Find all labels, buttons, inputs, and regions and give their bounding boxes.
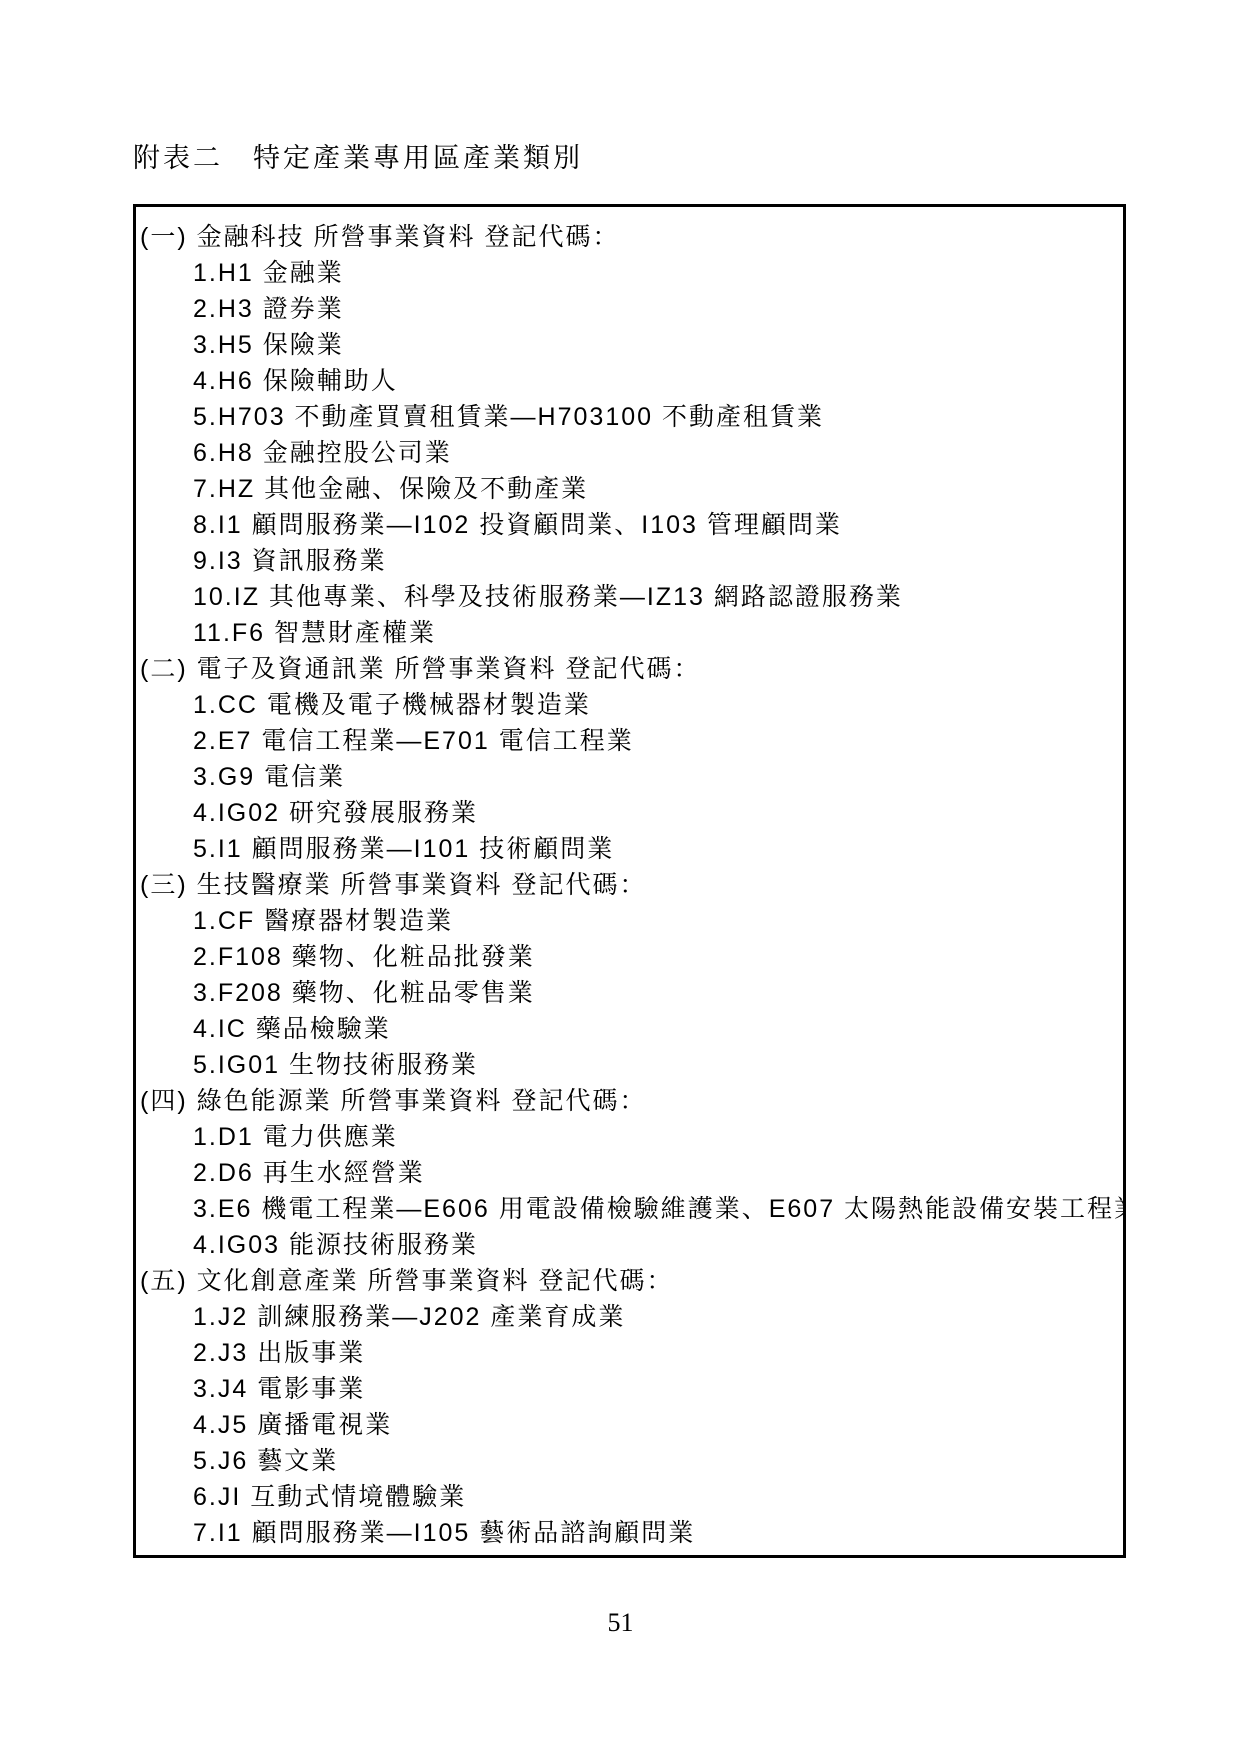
industry-item: 2.D6 再生水經營業 xyxy=(140,1155,1119,1191)
industry-item: 8.I1 顧問服務業—I102 投資顧問業、I103 管理顧問業 xyxy=(140,507,1119,543)
industry-item: 1.D1 電力供應業 xyxy=(140,1119,1119,1155)
industry-item: 2.F108 藥物、化粧品批發業 xyxy=(140,939,1119,975)
section-heading: (四) 綠色能源業 所營事業資料 登記代碼： xyxy=(140,1083,1119,1119)
industry-item: 3.G9 電信業 xyxy=(140,759,1119,795)
industry-item: 5.IG01 生物技術服務業 xyxy=(140,1047,1119,1083)
section-heading: (五) 文化創意產業 所營事業資料 登記代碼： xyxy=(140,1263,1119,1299)
industry-item: 2.E7 電信工程業—E701 電信工程業 xyxy=(140,723,1119,759)
industry-item: 7.HZ 其他金融、保險及不動產業 xyxy=(140,471,1119,507)
industry-item: 5.J6 藝文業 xyxy=(140,1443,1119,1479)
section-heading: (三) 生技醫療業 所營事業資料 登記代碼： xyxy=(140,867,1119,903)
industry-item: 3.E6 機電工程業—E606 用電設備檢驗維護業、E607 太陽熱能設備安裝工… xyxy=(140,1191,1119,1227)
industry-item: 6.JI 互動式情境體驗業 xyxy=(140,1479,1119,1515)
industry-item: 9.I3 資訊服務業 xyxy=(140,543,1119,579)
industry-item: 5.H703 不動產買賣租賃業—H703100 不動產租賃業 xyxy=(140,399,1119,435)
document-page: 附表二 特定產業專用區產業類別 (一) 金融科技 所營事業資料 登記代碼：1.H… xyxy=(0,0,1241,1755)
industry-category-box: (一) 金融科技 所營事業資料 登記代碼：1.H1 金融業2.H3 證券業3.H… xyxy=(133,204,1126,1558)
industry-item: 7.I1 顧問服務業—I105 藝術品諮詢顧問業 xyxy=(140,1515,1119,1551)
industry-item: 6.H8 金融控股公司業 xyxy=(140,435,1119,471)
industry-item: 2.H3 證券業 xyxy=(140,291,1119,327)
industry-item: 3.F208 藥物、化粧品零售業 xyxy=(140,975,1119,1011)
industry-item: 4.IG02 研究發展服務業 xyxy=(140,795,1119,831)
industry-item: 10.IZ 其他專業、科學及技術服務業—IZ13 網路認證服務業 xyxy=(140,579,1119,615)
section-heading: (二) 電子及資通訊業 所營事業資料 登記代碼： xyxy=(140,651,1119,687)
page-title: 附表二 特定產業專用區產業類別 xyxy=(133,136,583,175)
industry-item: 4.IC 藥品檢驗業 xyxy=(140,1011,1119,1047)
industry-item: 1.J2 訓練服務業—J202 產業育成業 xyxy=(140,1299,1119,1335)
industry-item: 1.CC 電機及電子機械器材製造業 xyxy=(140,687,1119,723)
industry-item: 11.F6 智慧財產權業 xyxy=(140,615,1119,651)
industry-item: 3.J4 電影事業 xyxy=(140,1371,1119,1407)
industry-item: 2.J3 出版事業 xyxy=(140,1335,1119,1371)
industry-item: 1.H1 金融業 xyxy=(140,255,1119,291)
page-number: 51 xyxy=(0,1608,1241,1638)
section-heading: (一) 金融科技 所營事業資料 登記代碼： xyxy=(140,219,1119,255)
industry-item: 4.IG03 能源技術服務業 xyxy=(140,1227,1119,1263)
industry-item: 5.I1 顧問服務業—I101 技術顧問業 xyxy=(140,831,1119,867)
industry-item: 1.CF 醫療器材製造業 xyxy=(140,903,1119,939)
industry-item: 4.J5 廣播電視業 xyxy=(140,1407,1119,1443)
industry-item: 3.H5 保險業 xyxy=(140,327,1119,363)
industry-item: 4.H6 保險輔助人 xyxy=(140,363,1119,399)
